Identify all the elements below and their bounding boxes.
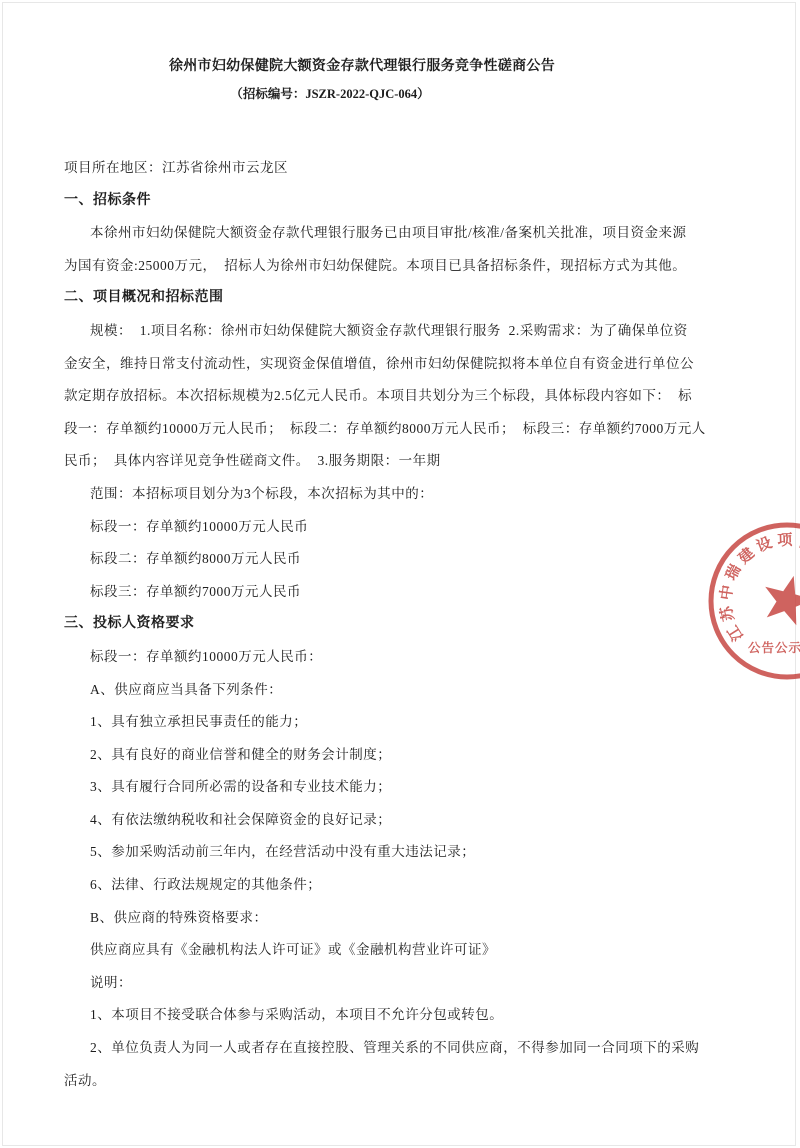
seal-arc-char: 瑞: [723, 562, 745, 583]
document-line: 标段二：存单额约8000万元人民币: [64, 543, 736, 576]
document-line: 2、单位负责人为同一人或者存在直接控股、管理关系的不同供应商，不得参加同一合同项…: [64, 1032, 736, 1065]
document-line: 活动。: [64, 1065, 736, 1098]
document-line: 金安全，维持日常支付流动性，实现资金保值增值，徐州市妇幼保健院拟将本单位自有资金…: [64, 348, 736, 381]
document-line: 6、法律、行政法规规定的其他条件；: [64, 869, 736, 902]
document-line: 标段三：存单额约7000万元人民币: [64, 576, 736, 609]
document-subtitle: （招标编号：JSZR-2022-QJC-064）: [0, 84, 660, 102]
section-heading: 三、投标人资格要求: [64, 608, 736, 641]
seal-graphic: 江苏中瑞建设项目 公告公示: [711, 525, 800, 677]
document-line: 范围：本招标项目划分为3个标段，本次招标为其中的：: [64, 478, 736, 511]
document-line: 标段一：存单额约10000万元人民币: [64, 511, 736, 544]
document-line: 款定期存放招标。本次招标规模为2.5亿元人民币。本项目共划分为三个标段，具体标段…: [64, 380, 736, 413]
document-line: 5、参加采购活动前三年内，在经营活动中没有重大违法记录；: [64, 836, 736, 869]
document-line: 民币； 具体内容详见竞争性磋商文件。 3.服务期限：一年期: [64, 445, 736, 478]
star-icon: [765, 576, 800, 625]
document-line: 标段一：存单额约10000万元人民币：: [64, 641, 736, 674]
seal-bottom-text: 公告公示: [748, 640, 800, 655]
seal-arc-char: 项: [777, 532, 794, 550]
document-line: B、供应商的特殊资格要求：: [64, 902, 736, 935]
seal-arc-char: 设: [754, 533, 775, 555]
section-heading: 一、招标条件: [64, 185, 736, 218]
document-line: 本徐州市妇幼保健院大额资金存款代理银行服务已由项目审批/核准/备案机关批准，项目…: [64, 217, 736, 250]
document-line: 2、具有良好的商业信誉和健全的财务会计制度；: [64, 739, 736, 772]
document-line: 规模： 1.项目名称：徐州市妇幼保健院大额资金存款代理银行服务 2.采购需求：为…: [64, 315, 736, 348]
document-line: 说明：: [64, 967, 736, 1000]
document-page: 徐州市妇幼保健院大额资金存款代理银行服务竞争性磋商公告 （招标编号：JSZR-2…: [0, 0, 800, 1148]
seal-arc-char: 江: [724, 621, 747, 644]
document-line: 1、具有独立承担民事责任的能力；: [64, 706, 736, 739]
document-title: 徐州市妇幼保健院大额资金存款代理银行服务竞争性磋商公告: [0, 55, 724, 75]
document-body: 项目所在地区：江苏省徐州市云龙区一、招标条件本徐州市妇幼保健院大额资金存款代理银…: [64, 152, 736, 1097]
document-line: A、供应商应当具备下列条件：: [64, 674, 736, 707]
document-line: 3、具有履行合同所必需的设备和专业技术能力；: [64, 771, 736, 804]
seal-arc-char: 苏: [717, 604, 738, 623]
document-line: 供应商应具有《金融机构法人许可证》或《金融机构营业许可证》: [64, 934, 736, 967]
document-line: 为国有资金:25000万元， 招标人为徐州市妇幼保健院。本项目已具备招标条件，现…: [64, 250, 736, 283]
company-seal-stamp: 江苏中瑞建设项目 公告公示: [695, 498, 800, 694]
document-line: 4、有依法缴纳税收和社会保障资金的良好记录；: [64, 804, 736, 837]
document-line: 段一：存单额约10000万元人民币； 标段二：存单额约8000万元人民币； 标段…: [64, 413, 736, 446]
seal-arc-char: 建: [735, 545, 758, 568]
section-heading: 二、项目概况和招标范围: [64, 282, 736, 315]
seal-arc-char: 目: [796, 533, 800, 554]
seal-arc-char: 中: [718, 584, 737, 601]
document-line: 项目所在地区：江苏省徐州市云龙区: [64, 152, 736, 185]
document-line: 1、本项目不接受联合体参与采购活动，本项目不允许分包或转包。: [64, 999, 736, 1032]
